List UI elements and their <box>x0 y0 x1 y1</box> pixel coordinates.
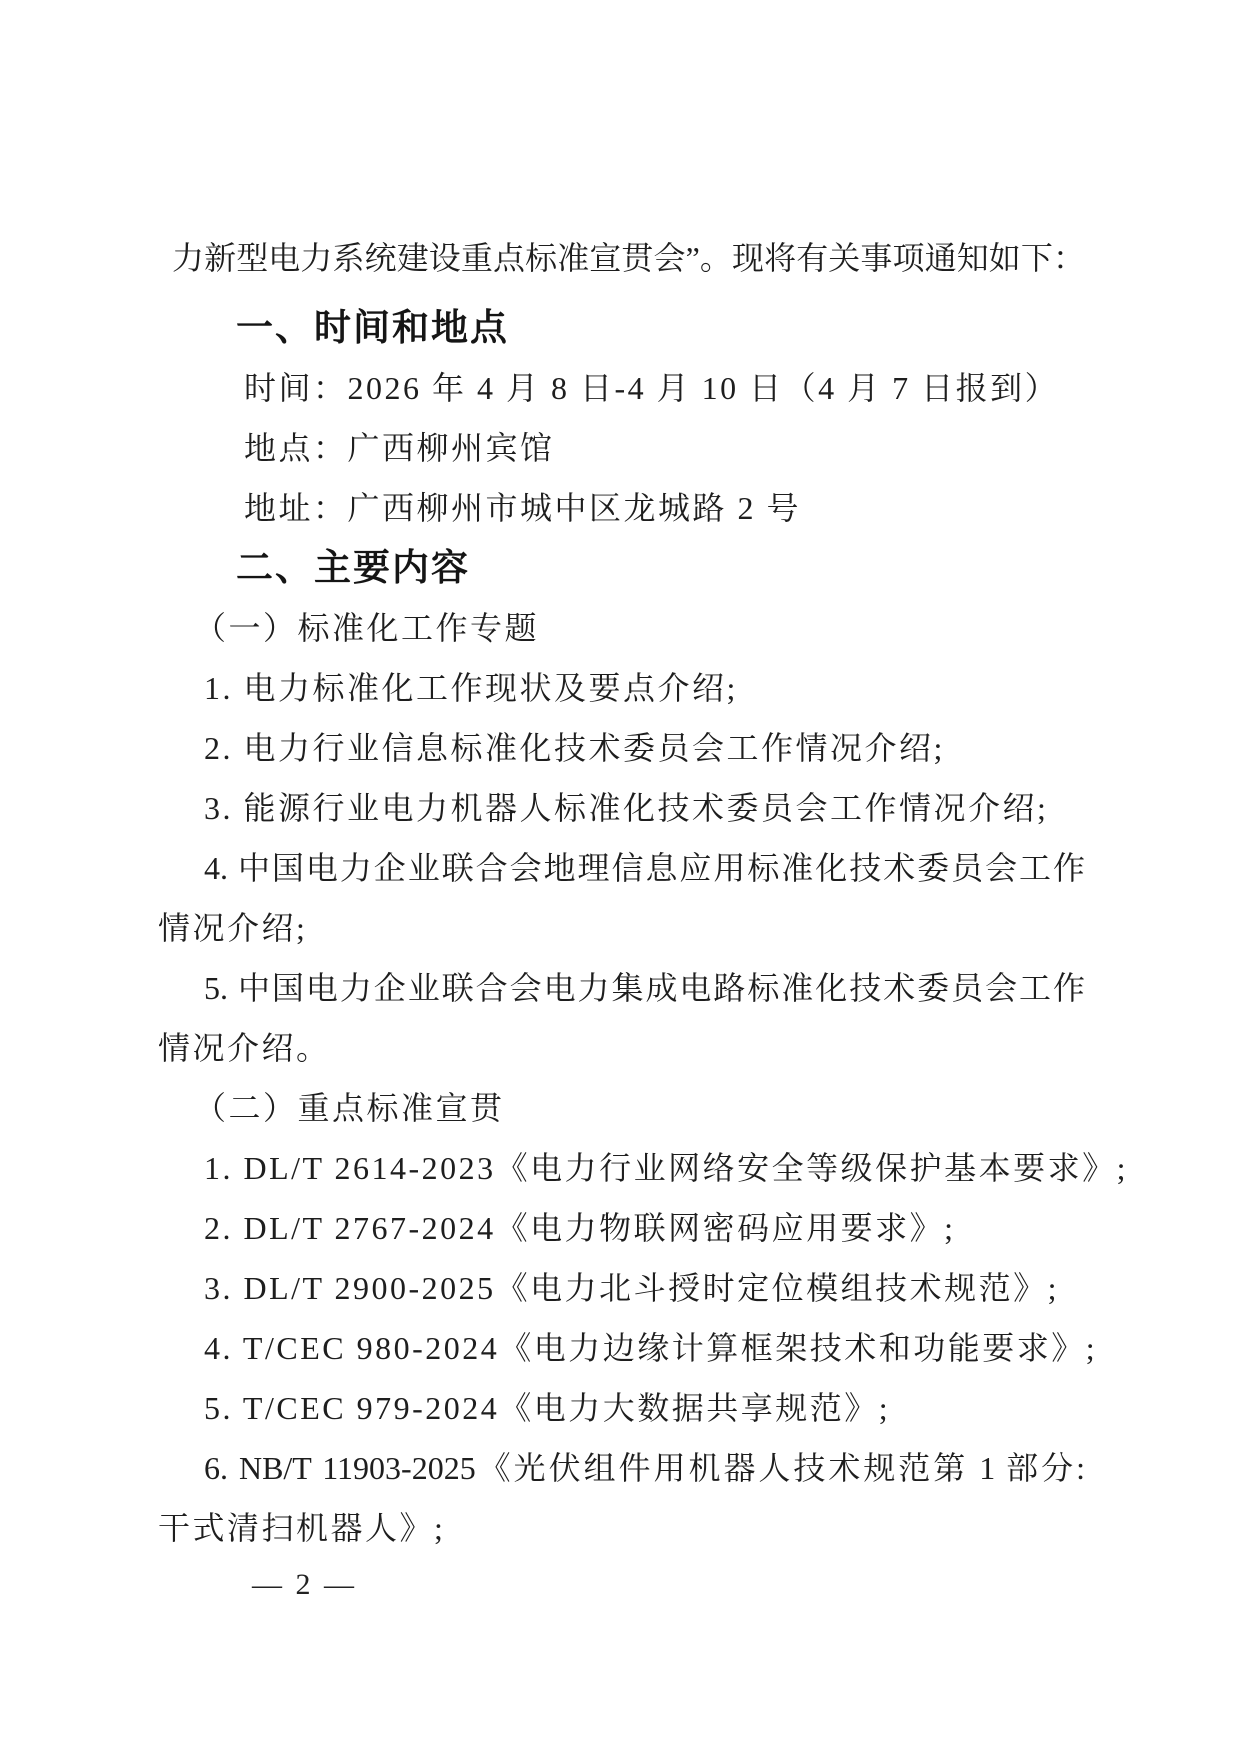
meeting-address: 地址：广西柳州市城中区龙城路 2 号 <box>158 478 1085 538</box>
list-item-continuation: 情况介绍。 <box>158 1018 1085 1078</box>
page-number: — 2 — <box>252 1568 357 1602</box>
section-heading-2: 二、主要内容 <box>158 538 1085 598</box>
list-item: 2. DL/T 2767-2024《电力物联网密码应用要求》; <box>158 1198 1085 1258</box>
list-item-continuation: 干式清扫机器人》; <box>158 1498 1085 1558</box>
list-item: 1. 电力标准化工作现状及要点介绍; <box>158 658 1085 718</box>
list-item: 4. 中国电力企业联合会地理信息应用标准化技术委员会工作 <box>158 838 1085 898</box>
paragraph-continuation: 力新型电力系统建设重点标准宣贯会”。现将有关事项通知如下： <box>158 228 1085 288</box>
list-item: 4. T/CEC 980-2024《电力边缘计算框架技术和功能要求》; <box>158 1318 1085 1378</box>
list-item: 6. NB/T 11903-2025《光伏组件用机器人技术规范第 1 部分: <box>158 1438 1085 1498</box>
subsection-label-2: （二）重点标准宣贯 <box>158 1078 1085 1138</box>
list-item-continuation: 情况介绍; <box>158 898 1085 958</box>
list-item: 3. 能源行业电力机器人标准化技术委员会工作情况介绍; <box>158 778 1085 838</box>
list-item: 5. 中国电力企业联合会电力集成电路标准化技术委员会工作 <box>158 958 1085 1018</box>
document-page: 力新型电力系统建设重点标准宣贯会”。现将有关事项通知如下：一、时间和地点时间：2… <box>0 0 1242 1755</box>
subsection-label-1: （一）标准化工作专题 <box>158 598 1085 658</box>
list-item: 5. T/CEC 979-2024《电力大数据共享规范》; <box>158 1378 1085 1438</box>
meeting-time: 时间：2026 年 4 月 8 日-4 月 10 日（4 月 7 日报到） <box>158 358 1085 418</box>
list-item: 1. DL/T 2614-2023《电力行业网络安全等级保护基本要求》; <box>158 1138 1085 1198</box>
document-body: 力新型电力系统建设重点标准宣贯会”。现将有关事项通知如下：一、时间和地点时间：2… <box>158 228 1085 1558</box>
list-item: 3. DL/T 2900-2025《电力北斗授时定位模组技术规范》; <box>158 1258 1085 1318</box>
meeting-venue: 地点：广西柳州宾馆 <box>158 418 1085 478</box>
section-heading-1: 一、时间和地点 <box>158 298 1085 358</box>
list-item: 2. 电力行业信息标准化技术委员会工作情况介绍; <box>158 718 1085 778</box>
